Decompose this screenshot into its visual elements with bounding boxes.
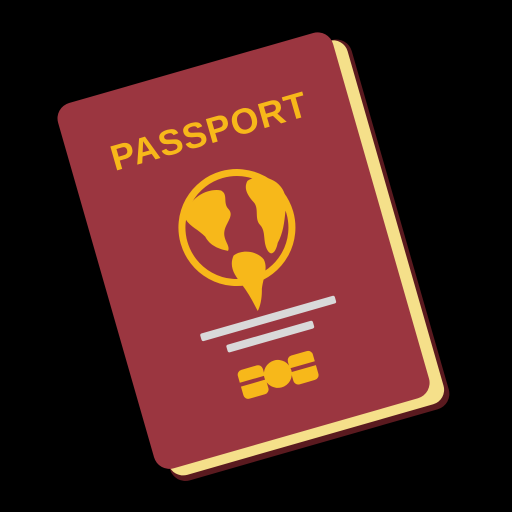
passport-illustration: PASSPORT [0,0,512,512]
